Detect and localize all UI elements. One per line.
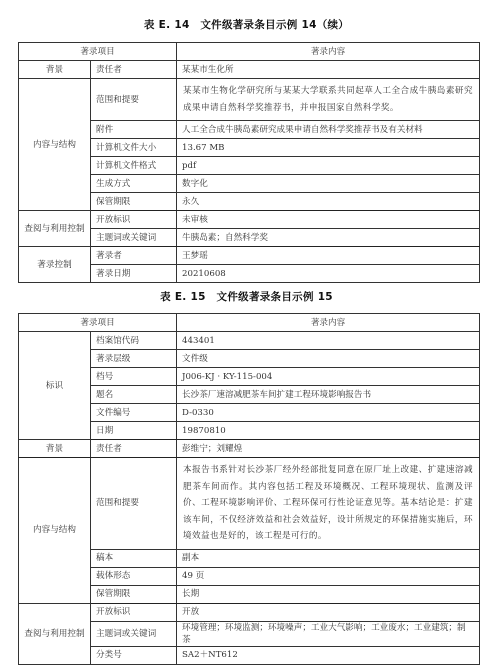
field-label: 档号 bbox=[91, 368, 177, 386]
table-row: 内容与结构 范围和提要 本报告书系针对长沙茶厂经外经部批复同意在原厂址上改建、扩… bbox=[19, 458, 480, 550]
header-item: 著录项目 bbox=[19, 314, 177, 332]
field-value: J006-KJ · KY-115-004 bbox=[177, 368, 480, 386]
field-value: 长期 bbox=[177, 585, 480, 603]
field-label: 保管期限 bbox=[91, 585, 177, 603]
field-value: 人工全合成牛胰岛素研究成果申请自然科学奖推荐书及有关材料 bbox=[177, 121, 480, 139]
table-row: 查阅与利用控制 开放标识 开放 bbox=[19, 603, 480, 621]
table-14: 著录项目 著录内容 背景 责任者 某某市生化所 内容与结构 范围和提要 某某市生… bbox=[18, 42, 480, 283]
group-description-control: 著录控制 bbox=[19, 247, 91, 283]
field-label: 著录日期 bbox=[91, 265, 177, 283]
table-header-row: 著录项目 著录内容 bbox=[19, 43, 480, 61]
table-row: 查阅与利用控制 开放标识 未审核 bbox=[19, 211, 480, 229]
field-label: 计算机文件大小 bbox=[91, 139, 177, 157]
field-label: 著录者 bbox=[91, 247, 177, 265]
field-label: 分类号 bbox=[91, 646, 177, 664]
field-value: 本报告书系针对长沙茶厂经外经部批复同意在原厂址上改建、扩建速溶减肥茶车间而作。其… bbox=[177, 458, 480, 550]
field-value: 文件级 bbox=[177, 350, 480, 368]
table-row: 背景 责任者 彭维宁；刘耀煌 bbox=[19, 440, 480, 458]
field-value: D-0330 bbox=[177, 404, 480, 422]
field-label: 主题词或关键词 bbox=[91, 621, 177, 646]
field-value: 443401 bbox=[177, 332, 480, 350]
field-label: 附件 bbox=[91, 121, 177, 139]
field-label: 档案馆代码 bbox=[91, 332, 177, 350]
group-content-structure: 内容与结构 bbox=[19, 458, 91, 604]
field-label: 主题词或关键词 bbox=[91, 229, 177, 247]
field-value: 数字化 bbox=[177, 175, 480, 193]
table-row: 内容与结构 范围和提要 某某市生物化学研究所与某某大学联系共同起草人工全合成牛胰… bbox=[19, 79, 480, 121]
group-background: 背景 bbox=[19, 440, 91, 458]
table-15: 著录项目 著录内容 标识 档案馆代码 443401 著录层级 文件级 档号 J0… bbox=[18, 313, 480, 665]
field-label: 日期 bbox=[91, 422, 177, 440]
group-content-structure: 内容与结构 bbox=[19, 79, 91, 211]
field-value: 长沙茶厂速溶减肥茶车间扩建工程环境影响报告书 bbox=[177, 386, 480, 404]
group-background: 背景 bbox=[19, 61, 91, 79]
header-content: 著录内容 bbox=[177, 43, 480, 61]
field-label: 题名 bbox=[91, 386, 177, 404]
field-value: 王梦瑶 bbox=[177, 247, 480, 265]
field-label: 责任者 bbox=[91, 61, 177, 79]
field-value: 副本 bbox=[177, 549, 480, 567]
table-row: 背景 责任者 某某市生化所 bbox=[19, 61, 480, 79]
group-access-control: 查阅与利用控制 bbox=[19, 603, 91, 664]
group-identification: 标识 bbox=[19, 332, 91, 440]
field-value: 永久 bbox=[177, 193, 480, 211]
table-14-caption: 表 E. 14 文件级著录条目示例 14（续） bbox=[0, 17, 493, 32]
table-15-caption: 表 E. 15 文件级著录条目示例 15 bbox=[0, 289, 493, 304]
field-label: 生成方式 bbox=[91, 175, 177, 193]
field-label: 载体形态 bbox=[91, 567, 177, 585]
field-label: 稿本 bbox=[91, 549, 177, 567]
field-value: 13.67 MB bbox=[177, 139, 480, 157]
header-item: 著录项目 bbox=[19, 43, 177, 61]
field-label: 责任者 bbox=[91, 440, 177, 458]
field-value: 49 页 bbox=[177, 567, 480, 585]
field-value: pdf bbox=[177, 157, 480, 175]
field-label: 著录层级 bbox=[91, 350, 177, 368]
table-header-row: 著录项目 著录内容 bbox=[19, 314, 480, 332]
field-label: 文件编号 bbox=[91, 404, 177, 422]
field-label: 计算机文件格式 bbox=[91, 157, 177, 175]
field-value: 彭维宁；刘耀煌 bbox=[177, 440, 480, 458]
field-label: 范围和提要 bbox=[91, 79, 177, 121]
field-label: 开放标识 bbox=[91, 211, 177, 229]
field-label: 保管期限 bbox=[91, 193, 177, 211]
field-value: 环境管理；环境监测；环境噪声；工业大气影响；工业废水；工业建筑；制茶 bbox=[177, 621, 480, 646]
field-value: 未审核 bbox=[177, 211, 480, 229]
field-label: 开放标识 bbox=[91, 603, 177, 621]
header-content: 著录内容 bbox=[177, 314, 480, 332]
table-row: 标识 档案馆代码 443401 bbox=[19, 332, 480, 350]
field-value: 20210608 bbox=[177, 265, 480, 283]
table-row: 著录控制 著录者 王梦瑶 bbox=[19, 247, 480, 265]
field-value: 牛胰岛素；自然科学奖 bbox=[177, 229, 480, 247]
field-value: 开放 bbox=[177, 603, 480, 621]
field-value: 某某市生物化学研究所与某某大学联系共同起草人工全合成牛胰岛素研究成果申请自然科学… bbox=[177, 79, 480, 121]
field-label: 范围和提要 bbox=[91, 458, 177, 550]
field-value: SA2＋NT612 bbox=[177, 646, 480, 664]
field-value: 某某市生化所 bbox=[177, 61, 480, 79]
field-value: 19870810 bbox=[177, 422, 480, 440]
group-access-control: 查阅与利用控制 bbox=[19, 211, 91, 247]
